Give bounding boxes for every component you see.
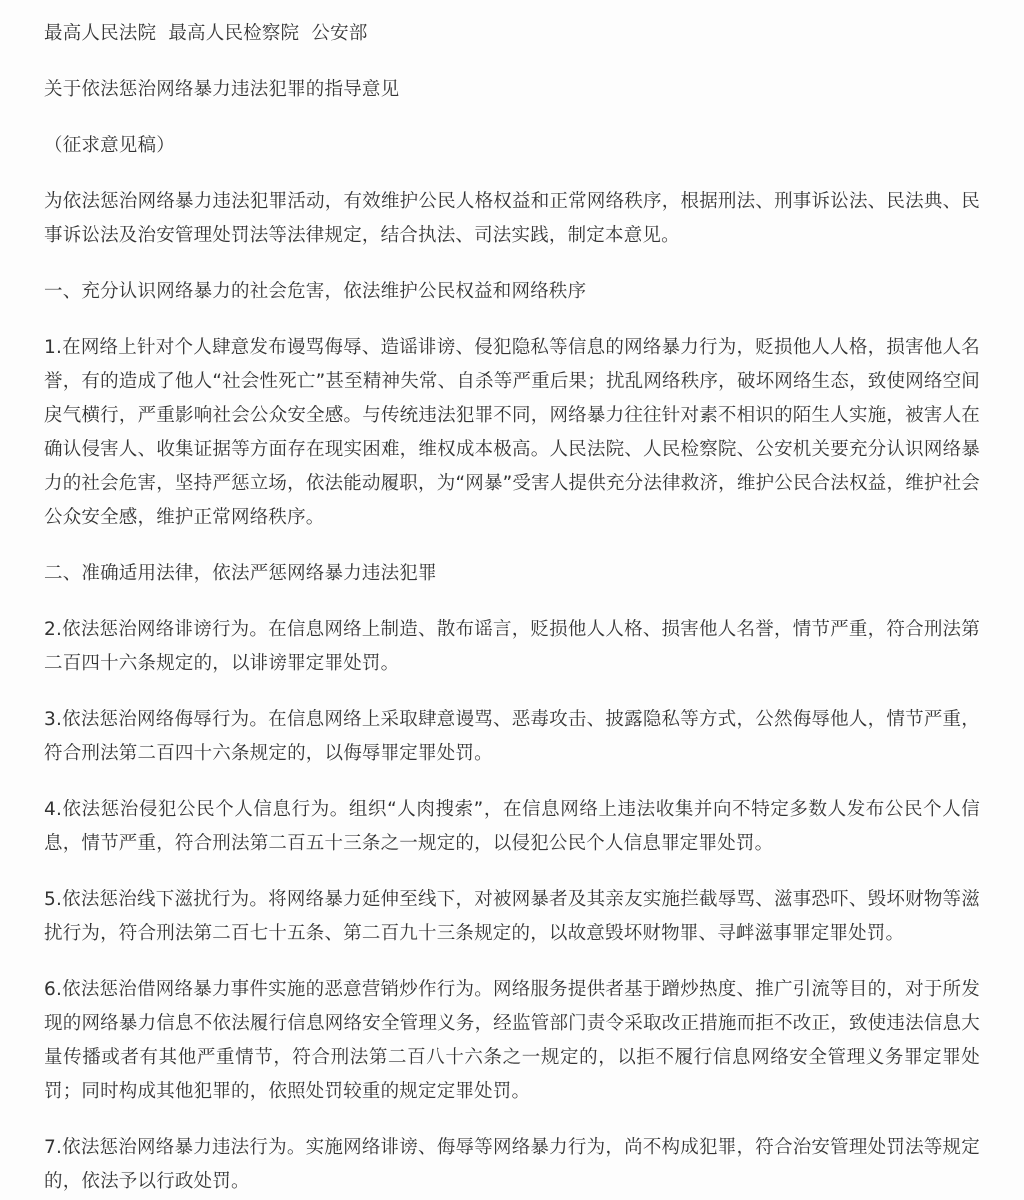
section-heading-1: 一、充分认识网络暴力的社会危害，依法维护公民权益和网络秩序: [44, 275, 980, 309]
document-title: 关于依法惩治网络暴力违法犯罪的指导意见: [44, 73, 980, 107]
article-3: 3.依法惩治网络侮辱行为。在信息网络上采取肆意谩骂、恶毒攻击、披露隐私等方式，公…: [44, 703, 980, 771]
article-1: 1.在网络上针对个人肆意发布谩骂侮辱、造谣诽谤、侵犯隐私等信息的网络暴力行为，贬…: [44, 331, 980, 535]
article-4: 4.依法惩治侵犯公民个人信息行为。组织“人肉搜索”，在信息网络上违法收集并向不特…: [44, 793, 980, 861]
article-7: 7.依法惩治网络暴力违法行为。实施网络诽谤、侮辱等网络暴力行为，尚不构成犯罪，符…: [44, 1131, 980, 1199]
article-6: 6.依法惩治借网络暴力事件实施的恶意营销炒作行为。网络服务提供者基于蹭炒热度、推…: [44, 973, 980, 1109]
article-5: 5.依法惩治线下滋扰行为。将网络暴力延伸至线下，对被网暴者及其亲友实施拦截辱骂、…: [44, 883, 980, 951]
document-body: 最高人民法院 最高人民检察院 公安部 关于依法惩治网络暴力违法犯罪的指导意见 （…: [0, 0, 1024, 1200]
issuing-authorities: 最高人民法院 最高人民检察院 公安部: [44, 17, 980, 51]
section-heading-2: 二、准确适用法律，依法严惩网络暴力违法犯罪: [44, 557, 980, 591]
intro-paragraph: 为依法惩治网络暴力违法犯罪活动，有效维护公民人格权益和正常网络秩序，根据刑法、刑…: [44, 185, 980, 253]
draft-note: （征求意见稿）: [44, 129, 980, 163]
article-2: 2.依法惩治网络诽谤行为。在信息网络上制造、散布谣言，贬损他人人格、损害他人名誉…: [44, 613, 980, 681]
